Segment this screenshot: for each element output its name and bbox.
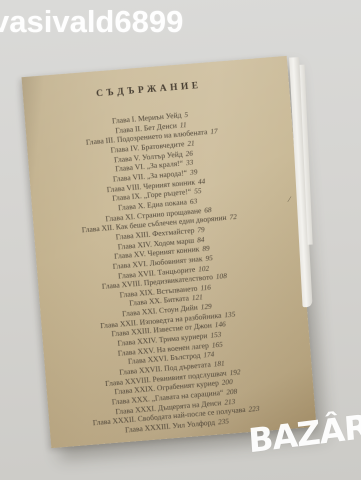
chapter-page-number: 129 [200, 302, 212, 312]
stray-mark: / [287, 194, 292, 204]
chapter-page-number: 11 [179, 120, 187, 130]
chapter-page-number: 165 [211, 339, 223, 349]
table-of-contents: Глава I. Мериън Уейд5Глава II. Бет Денси… [36, 103, 291, 440]
chapter-page-number: 200 [221, 377, 233, 387]
book-photo: СЪДЪРЖАНИЕ Глава I. Мериън Уейд5Глава II… [0, 0, 361, 480]
chapter-page-number: 181 [213, 359, 225, 369]
chapter-page-number: 89 [202, 244, 210, 254]
chapter-page-number: 63 [190, 196, 198, 206]
chapter-page-number: 55 [194, 186, 202, 196]
chapter-page-number: 21 [187, 138, 195, 148]
chapter-page-number: 208 [226, 387, 238, 397]
chapter-page-number: 26 [185, 148, 193, 158]
chapter-page-number: 95 [205, 253, 213, 263]
chapter-page-number: 116 [200, 282, 211, 292]
chapter-page-number: 192 [229, 367, 241, 377]
chapter-page-number: 213 [224, 396, 236, 406]
chapter-page-number: 121 [191, 293, 203, 303]
chapter-page-number: 146 [214, 320, 226, 330]
chapter-page-number: 5 [184, 110, 188, 119]
chapter-page-number: 44 [198, 176, 206, 186]
chapter-page-number: 135 [224, 309, 236, 319]
chapter-page-number: 223 [248, 404, 260, 414]
chapter-page-number: 39 [190, 167, 198, 177]
chapter-page-number: 17 [210, 127, 218, 137]
chapter-page-number: 235 [218, 416, 230, 426]
chapter-page-number: 108 [215, 271, 227, 281]
chapter-page-number: 72 [229, 212, 237, 222]
book-page: СЪДЪРЖАНИЕ Глава I. Мериън Уейд5Глава II… [22, 56, 317, 448]
chapter-page-number: 79 [197, 225, 205, 235]
chapter-page-number: 174 [203, 350, 215, 360]
chapter-page-number: 102 [198, 263, 210, 273]
page-content: СЪДЪРЖАНИЕ Глава I. Мериън Уейд5Глава II… [35, 72, 290, 440]
chapter-page-number: 84 [197, 234, 205, 244]
chapter-page-number: 68 [204, 205, 212, 215]
watermark-username: vasivald6899 [0, 4, 183, 40]
chapter-page-number: 153 [210, 330, 222, 340]
page-title: СЪДЪРЖАНИЕ [35, 76, 263, 104]
chapter-page-number: 33 [186, 158, 194, 168]
